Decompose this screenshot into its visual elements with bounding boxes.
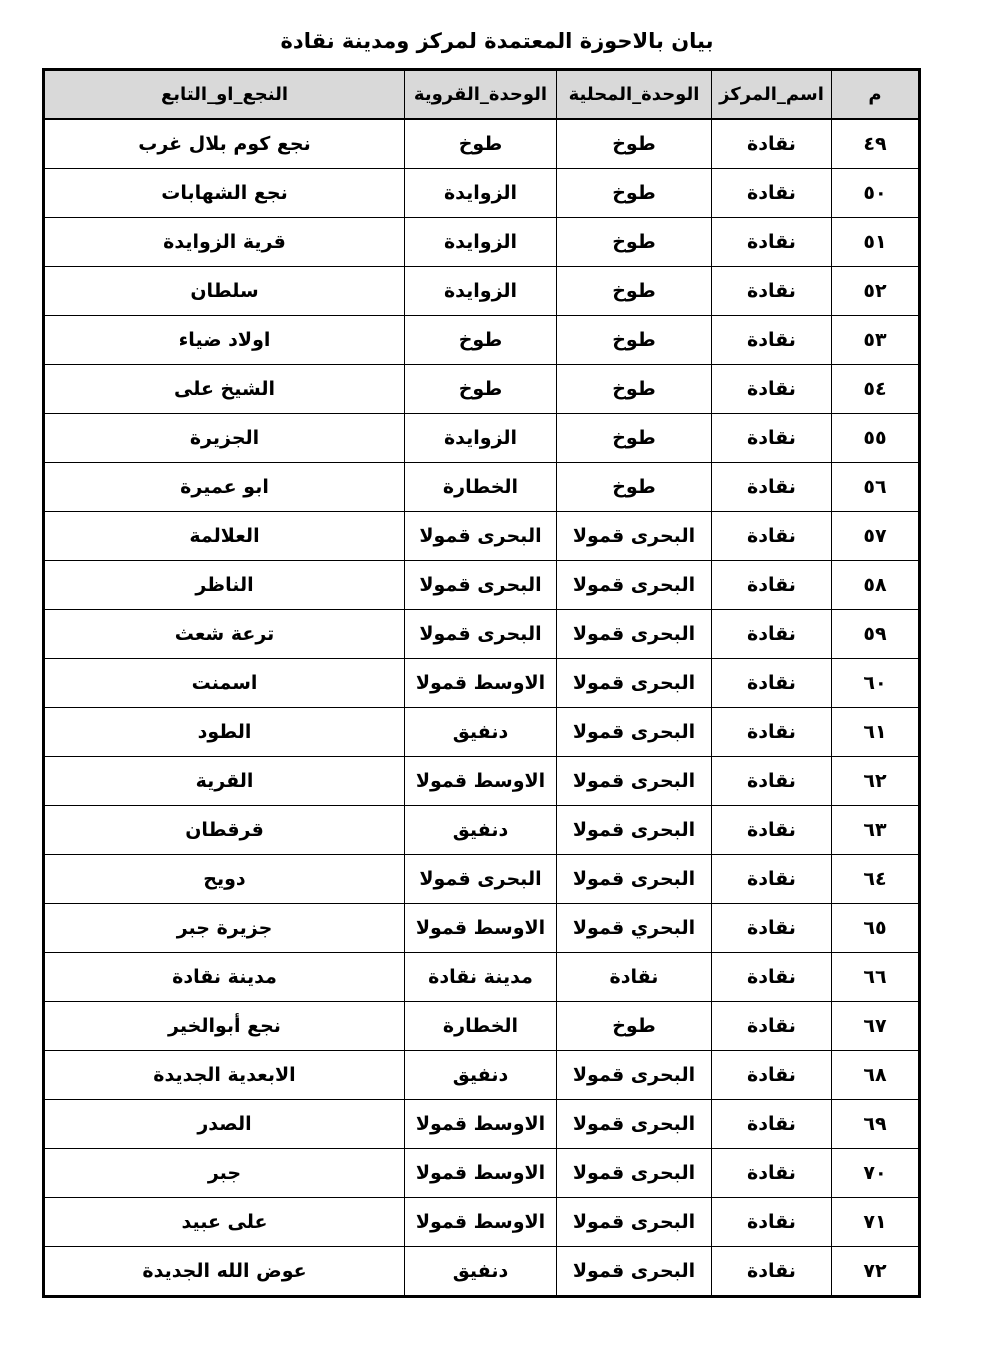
cell-num: ٦٥: [832, 904, 920, 953]
cell-center-name: نقادة: [712, 610, 832, 659]
table-row: ٥٨نقادةالبحرى قمولاالبحرى قمولاالناظر: [44, 561, 920, 610]
cell-num: ٦٣: [832, 806, 920, 855]
table-row: ٦١نقادةالبحرى قمولادنفيقالطود: [44, 708, 920, 757]
table-row: ٦٠نقادةالبحرى قمولاالاوسط قمولااسمنت: [44, 659, 920, 708]
cell-center-name: نقادة: [712, 1247, 832, 1297]
table-row: ٦٨نقادةالبحرى قمولادنفيقالابعدية الجديدة: [44, 1051, 920, 1100]
cell-village-unit: الاوسط قمولا: [405, 904, 557, 953]
cell-center-name: نقادة: [712, 1149, 832, 1198]
table-row: ٥٢نقادةطوخالزوايدةسلطان: [44, 267, 920, 316]
cell-hamlet: جبر: [44, 1149, 405, 1198]
cell-local-unit: البحرى قمولا: [557, 1100, 712, 1149]
table-row: ٥٠نقادةطوخالزوايدةنجع الشهابات: [44, 169, 920, 218]
cell-center-name: نقادة: [712, 1051, 832, 1100]
cell-village-unit: دنفيق: [405, 708, 557, 757]
cell-local-unit: البحرى قمولا: [557, 1149, 712, 1198]
table-row: ٥٩نقادةالبحرى قمولاالبحرى قمولاترعة شعث: [44, 610, 920, 659]
cell-hamlet: عوض الله الجديدة: [44, 1247, 405, 1297]
cell-center-name: نقادة: [712, 1002, 832, 1051]
cell-hamlet: مدينة نقادة: [44, 953, 405, 1002]
cell-num: ٦٩: [832, 1100, 920, 1149]
cell-hamlet: الابعدية الجديدة: [44, 1051, 405, 1100]
cell-hamlet: الطود: [44, 708, 405, 757]
cell-center-name: نقادة: [712, 218, 832, 267]
cell-village-unit: الخطارة: [405, 463, 557, 512]
cell-local-unit: البحرى قمولا: [557, 855, 712, 904]
cell-num: ٦١: [832, 708, 920, 757]
cell-hamlet: اسمنت: [44, 659, 405, 708]
cell-village-unit: الزوايدة: [405, 218, 557, 267]
cell-local-unit: طوخ: [557, 1002, 712, 1051]
cell-hamlet: الشيخ على: [44, 365, 405, 414]
table-row: ٥٥نقادةطوخالزوايدةالجزيرة: [44, 414, 920, 463]
header-village-unit: الوحدة_القروية: [405, 70, 557, 120]
cell-center-name: نقادة: [712, 414, 832, 463]
cell-num: ٥٤: [832, 365, 920, 414]
cell-num: ٦٢: [832, 757, 920, 806]
cell-village-unit: طوخ: [405, 365, 557, 414]
table-row: ٧٢نقادةالبحرى قمولادنفيقعوض الله الجديدة: [44, 1247, 920, 1297]
cell-center-name: نقادة: [712, 1100, 832, 1149]
table-row: ٦٢نقادةالبحرى قمولاالاوسط قمولاالقرية: [44, 757, 920, 806]
cell-hamlet: على عبيد: [44, 1198, 405, 1247]
document-title: بيان بالاحوزة المعتمدة لمركز ومدينة نقاد…: [0, 26, 994, 56]
cell-center-name: نقادة: [712, 708, 832, 757]
cell-num: ٥١: [832, 218, 920, 267]
cell-center-name: نقادة: [712, 169, 832, 218]
cell-center-name: نقادة: [712, 806, 832, 855]
cell-local-unit: البحرى قمولا: [557, 708, 712, 757]
cell-num: ٥٣: [832, 316, 920, 365]
table-body: ٤٩نقادةطوخطوخنجع كوم بلال غرب٥٠نقادةطوخا…: [44, 119, 920, 1297]
cell-local-unit: البحرى قمولا: [557, 561, 712, 610]
cell-hamlet: نجع أبوالخير: [44, 1002, 405, 1051]
table-row: ٦٥نقادةالبحري قمولاالاوسط قمولاجزيرة جبر: [44, 904, 920, 953]
cell-village-unit: البحرى قمولا: [405, 512, 557, 561]
cell-num: ٥٦: [832, 463, 920, 512]
cell-local-unit: طوخ: [557, 169, 712, 218]
cell-local-unit: طوخ: [557, 365, 712, 414]
cell-hamlet: قرية الزوايدة: [44, 218, 405, 267]
cell-center-name: نقادة: [712, 463, 832, 512]
cell-local-unit: طوخ: [557, 267, 712, 316]
cell-village-unit: الاوسط قمولا: [405, 757, 557, 806]
cell-village-unit: الاوسط قمولا: [405, 1100, 557, 1149]
cell-local-unit: البحري قمولا: [557, 904, 712, 953]
cell-num: ٥٩: [832, 610, 920, 659]
cell-village-unit: الزوايدة: [405, 414, 557, 463]
table-row: ٧٠نقادةالبحرى قمولاالاوسط قمولاجبر: [44, 1149, 920, 1198]
cell-num: ٥٥: [832, 414, 920, 463]
cell-num: ٥٨: [832, 561, 920, 610]
cell-hamlet: القرية: [44, 757, 405, 806]
cell-village-unit: الاوسط قمولا: [405, 1149, 557, 1198]
header-hamlet: النجع_او_التابع: [44, 70, 405, 120]
cell-num: ٦٤: [832, 855, 920, 904]
cell-num: ٥٧: [832, 512, 920, 561]
cell-hamlet: الصدر: [44, 1100, 405, 1149]
cell-village-unit: طوخ: [405, 119, 557, 169]
cell-hamlet: قرقطان: [44, 806, 405, 855]
cell-hamlet: نجع الشهابات: [44, 169, 405, 218]
cell-hamlet: نجع كوم بلال غرب: [44, 119, 405, 169]
cell-local-unit: البحرى قمولا: [557, 659, 712, 708]
cell-local-unit: البحرى قمولا: [557, 806, 712, 855]
table-row: ٥١نقادةطوخالزوايدةقرية الزوايدة: [44, 218, 920, 267]
cell-num: ٤٩: [832, 119, 920, 169]
table-row: ٦٣نقادةالبحرى قمولادنفيققرقطان: [44, 806, 920, 855]
cell-hamlet: الناظر: [44, 561, 405, 610]
cell-hamlet: دويح: [44, 855, 405, 904]
cell-center-name: نقادة: [712, 365, 832, 414]
cell-village-unit: الاوسط قمولا: [405, 1198, 557, 1247]
cell-num: ٦٠: [832, 659, 920, 708]
cell-center-name: نقادة: [712, 512, 832, 561]
cell-local-unit: طوخ: [557, 218, 712, 267]
cell-center-name: نقادة: [712, 953, 832, 1002]
table-row: ٦٦نقادةنقادةمدينة نقادةمدينة نقادة: [44, 953, 920, 1002]
cell-hamlet: الجزيرة: [44, 414, 405, 463]
cell-num: ٦٧: [832, 1002, 920, 1051]
cell-local-unit: طوخ: [557, 119, 712, 169]
holdings-table: م اسم_المركز الوحدة_المحلية الوحدة_القرو…: [42, 68, 921, 1298]
cell-center-name: نقادة: [712, 1198, 832, 1247]
cell-center-name: نقادة: [712, 119, 832, 169]
cell-local-unit: البحرى قمولا: [557, 610, 712, 659]
cell-hamlet: جزيرة جبر: [44, 904, 405, 953]
cell-village-unit: دنفيق: [405, 806, 557, 855]
cell-center-name: نقادة: [712, 267, 832, 316]
cell-num: ٧٠: [832, 1149, 920, 1198]
cell-local-unit: طوخ: [557, 316, 712, 365]
cell-village-unit: البحرى قمولا: [405, 561, 557, 610]
table-row: ٤٩نقادةطوخطوخنجع كوم بلال غرب: [44, 119, 920, 169]
cell-village-unit: طوخ: [405, 316, 557, 365]
cell-center-name: نقادة: [712, 904, 832, 953]
header-local-unit: الوحدة_المحلية: [557, 70, 712, 120]
cell-num: ٧٢: [832, 1247, 920, 1297]
cell-local-unit: البحرى قمولا: [557, 1247, 712, 1297]
cell-local-unit: طوخ: [557, 414, 712, 463]
holdings-table-container: م اسم_المركز الوحدة_المحلية الوحدة_القرو…: [42, 68, 921, 1298]
cell-village-unit: دنفيق: [405, 1051, 557, 1100]
table-row: ٧١نقادةالبحرى قمولاالاوسط قمولاعلى عبيد: [44, 1198, 920, 1247]
cell-num: ٥٠: [832, 169, 920, 218]
cell-village-unit: البحرى قمولا: [405, 610, 557, 659]
cell-hamlet: سلطان: [44, 267, 405, 316]
cell-center-name: نقادة: [712, 855, 832, 904]
table-row: ٥٧نقادةالبحرى قمولاالبحرى قمولاالعلالمة: [44, 512, 920, 561]
table-row: ٥٤نقادةطوخطوخالشيخ على: [44, 365, 920, 414]
table-row: ٥٣نقادةطوخطوخاولاد ضياء: [44, 316, 920, 365]
header-num: م: [832, 70, 920, 120]
cell-village-unit: الخطارة: [405, 1002, 557, 1051]
cell-local-unit: طوخ: [557, 463, 712, 512]
cell-num: ٧١: [832, 1198, 920, 1247]
cell-village-unit: البحرى قمولا: [405, 855, 557, 904]
header-center-name: اسم_المركز: [712, 70, 832, 120]
cell-local-unit: البحرى قمولا: [557, 512, 712, 561]
table-header-row: م اسم_المركز الوحدة_المحلية الوحدة_القرو…: [44, 70, 920, 120]
cell-center-name: نقادة: [712, 561, 832, 610]
cell-num: ٥٢: [832, 267, 920, 316]
cell-hamlet: العلالمة: [44, 512, 405, 561]
table-row: ٦٧نقادةطوخالخطارةنجع أبوالخير: [44, 1002, 920, 1051]
cell-center-name: نقادة: [712, 659, 832, 708]
cell-center-name: نقادة: [712, 757, 832, 806]
cell-num: ٦٦: [832, 953, 920, 1002]
table-row: ٥٦نقادةطوخالخطارةابو عميرة: [44, 463, 920, 512]
cell-village-unit: مدينة نقادة: [405, 953, 557, 1002]
cell-village-unit: دنفيق: [405, 1247, 557, 1297]
table-row: ٦٩نقادةالبحرى قمولاالاوسط قمولاالصدر: [44, 1100, 920, 1149]
cell-village-unit: الزوايدة: [405, 169, 557, 218]
cell-village-unit: الاوسط قمولا: [405, 659, 557, 708]
cell-hamlet: ابو عميرة: [44, 463, 405, 512]
table-row: ٦٤نقادةالبحرى قمولاالبحرى قمولادويح: [44, 855, 920, 904]
cell-num: ٦٨: [832, 1051, 920, 1100]
cell-village-unit: الزوايدة: [405, 267, 557, 316]
cell-local-unit: البحرى قمولا: [557, 757, 712, 806]
cell-hamlet: ترعة شعث: [44, 610, 405, 659]
cell-local-unit: البحرى قمولا: [557, 1198, 712, 1247]
cell-local-unit: نقادة: [557, 953, 712, 1002]
cell-hamlet: اولاد ضياء: [44, 316, 405, 365]
cell-local-unit: البحرى قمولا: [557, 1051, 712, 1100]
cell-center-name: نقادة: [712, 316, 832, 365]
